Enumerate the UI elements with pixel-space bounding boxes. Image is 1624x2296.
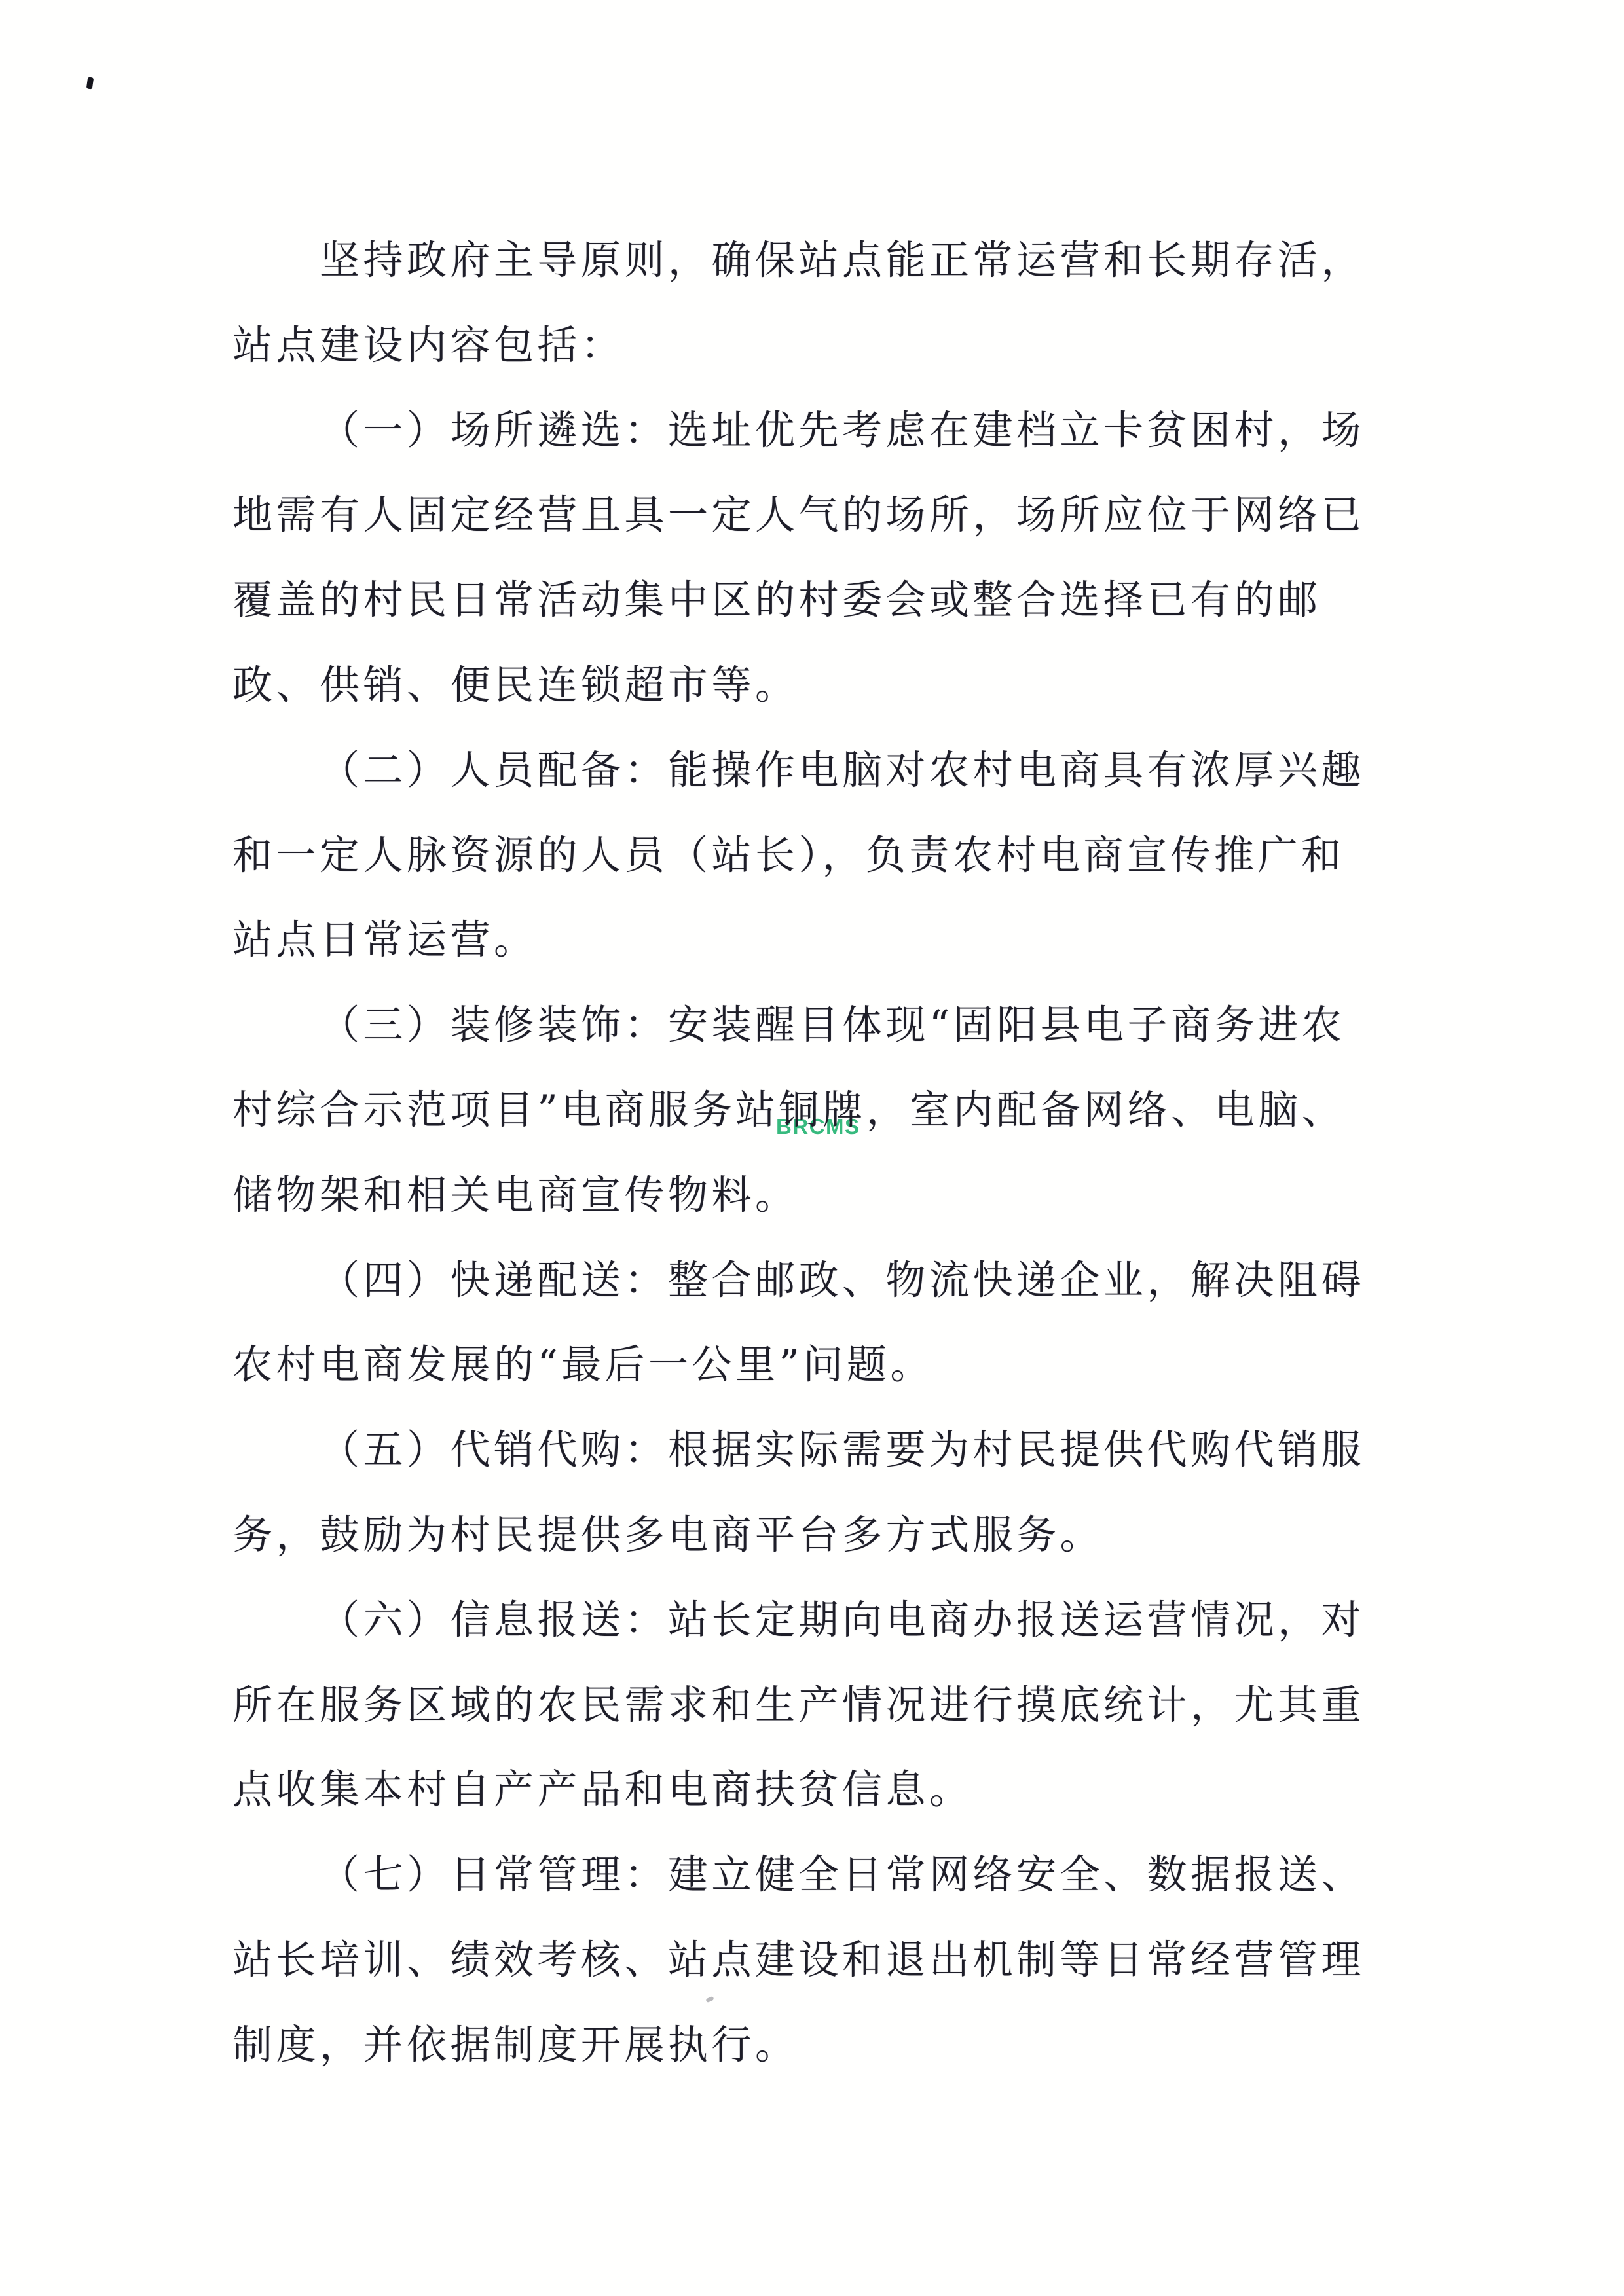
- text-line: 覆盖的村民日常活动集中区的村委会或整合选择已有的邮: [232, 558, 1405, 643]
- text-line: 所在服务区域的农民需求和生产情况进行摸底统计，尤其重: [232, 1663, 1405, 1748]
- text-line: （三）装修装饰：安装醒目体现“固阳县电子商务进农: [232, 983, 1405, 1068]
- text-line: 坚持政府主导原则，确保站点能正常运营和长期存活，: [232, 218, 1405, 303]
- text-line: 站长培训、绩效考核、站点建设和退出机制等日常经营管理: [232, 1918, 1405, 2003]
- text-line: 务，鼓励为村民提供多电商平台多方式服务。: [232, 1493, 1405, 1578]
- text-line: （二）人员配备：能操作电脑对农村电商具有浓厚兴趣: [232, 728, 1405, 813]
- text-line: （五）代销代购：根据实际需要为村民提供代购代销服: [232, 1408, 1405, 1493]
- text-line: 制度，并依据制度开展执行。: [232, 2003, 1405, 2088]
- text-line: 和一定人脉资源的人员（站长），负责农村电商宣传推广和: [232, 813, 1405, 898]
- text-line: 农村电商发展的“最后一公里”问题。: [232, 1322, 1405, 1408]
- text-line: 储物架和相关电商宣传物料。: [232, 1153, 1405, 1238]
- text-line: 点收集本村自产产品和电商扶贫信息。: [232, 1747, 1405, 1832]
- scanned-document-page: BRCMS 坚持政府主导原则，确保站点能正常运营和长期存活， 站点建设内容包括：…: [0, 0, 1624, 2296]
- text-line: （一）场所遴选：选址优先考虑在建档立卡贫困村，场: [232, 388, 1405, 473]
- text-line: 村综合示范项目”电商服务站铜牌，室内配备网络、电脑、: [232, 1068, 1405, 1153]
- text-line: 站点日常运营。: [232, 898, 1405, 983]
- document-body: 坚持政府主导原则，确保站点能正常运营和长期存活， 站点建设内容包括： （一）场所…: [232, 218, 1405, 2088]
- text-line: （七）日常管理：建立健全日常网络安全、数据报送、: [232, 1832, 1405, 1918]
- text-line: 站点建设内容包括：: [232, 303, 1405, 388]
- text-line: （六）信息报送：站长定期向电商办报送运营情况，对: [232, 1578, 1405, 1663]
- ink-speck: [86, 77, 94, 89]
- text-line: （四）快递配送：整合邮政、物流快递企业，解决阻碍: [232, 1238, 1405, 1323]
- text-line: 地需有人固定经营且具一定人气的场所，场所应位于网络已: [232, 473, 1405, 558]
- text-line: 政、供销、便民连锁超市等。: [232, 643, 1405, 728]
